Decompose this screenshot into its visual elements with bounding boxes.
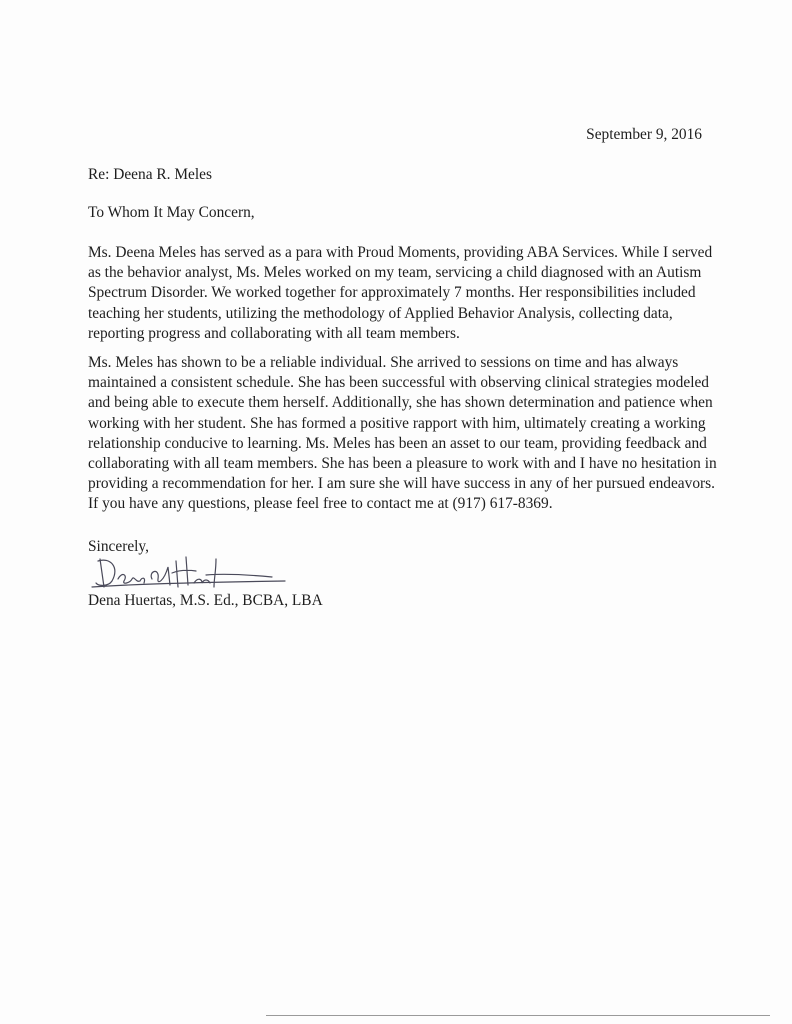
body-paragraph-1: Ms. Deena Meles has served as a para wit…: [88, 243, 728, 344]
signer-name: Dena Huertas, M.S. Ed., BCBA, LBA: [88, 592, 323, 610]
subject-line: Re: Deena R. Meles: [88, 166, 212, 184]
signature-icon: [90, 553, 290, 591]
letter-date: September 9, 2016: [586, 126, 702, 144]
body-paragraph-2: Ms. Meles has shown to be a reliable ind…: [88, 353, 728, 515]
greeting: To Whom It May Concern,: [88, 204, 255, 222]
footer-rule: [266, 1015, 770, 1016]
